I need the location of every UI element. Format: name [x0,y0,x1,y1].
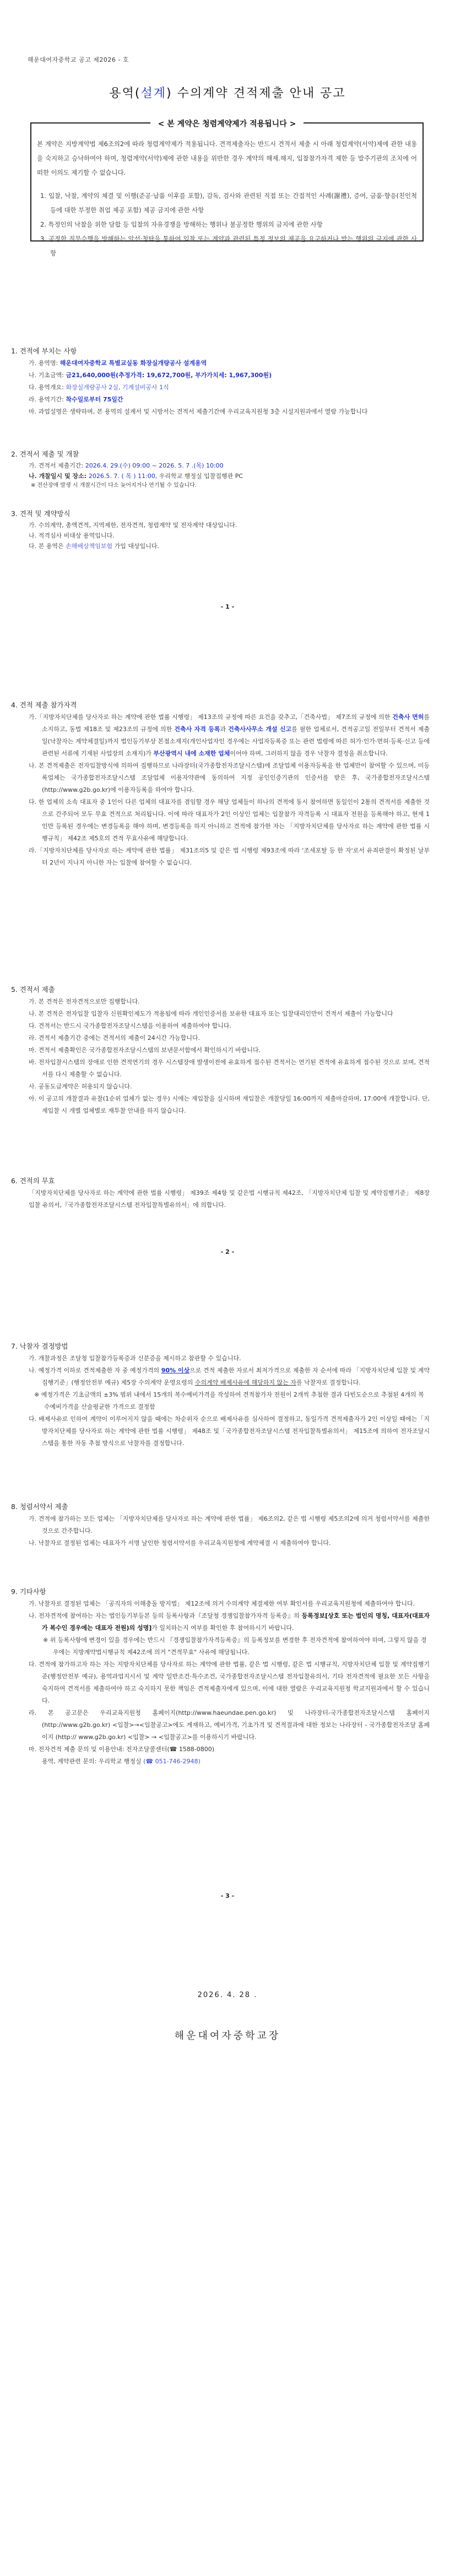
text: 나. 예정가격 이하로 견적제출한 자 중 예정가격의 [29,1367,161,1374]
misc-f: 용역, 계약관련 문의: 우리학교 행정실 (☎ 051-746-2948) [11,1756,430,1768]
value: 2026.4. 29.(수) 09:00 ~ 2026. 5. 7 .(목) 1… [85,462,224,469]
screening: 나. 적격심사 비대상 용역입니다. [11,530,430,541]
section-2: 2. 견적서 제출 및 개찰 가. 견적서 제출기간: 2026.4. 29.(… [11,448,430,490]
misc-e: 마. 전자견적 제출 문의 및 이용안내: 전자조달콜센터(☎ 1588-080… [11,1743,430,1756]
title-highlight: 설계 [140,87,166,100]
service-period: 라. 용역기간: 착수일로부터 75일간 [11,394,430,406]
qualification-b: 나. 본 견적제출은 전자입찰방식에 의하여 집행하므로 나라장터(국가종합전자… [11,760,430,796]
misc-b: 나. 전자견적에 참여하는 자는 법인등기부등본 등의 등록사항과『조달청 경쟁… [11,1610,430,1634]
page-number: - 1 - [0,603,455,610]
section-9: 9. 기타사항 가. 낙찰자로 결정된 업체는 「공직자의 이해충돌 방지법」 … [11,1586,430,1768]
section-1: 1. 견적에 부치는 사항 가. 용역명: 해운대여자중학교 특별교실동 화장실… [11,345,430,418]
estimated-price-note: ※ 예정가격은 기초금액의 ±3% 범위 내에서 15개의 복수예비가격을 작성… [11,1389,430,1413]
place: 우리학교 행정실 입찰집행관 PC [157,473,243,480]
issuer-signature: 해운대여자중학교장 [0,2028,455,2042]
highlight: 90% 이상 [161,1367,189,1374]
section-8: 8. 청렴서약서 제출 가. 견적에 참가하는 모든 업체는 「지방자치단체를 … [11,1501,430,1549]
contract-type: 가. 수의계약, 총액견적, 지역제한, 전자견적, 청렴계약 및 전자계약 대… [11,520,430,530]
text: 다. 본 용역은 [29,543,66,550]
page-title: 용역(설계) 수의계약 견적제출 안내 공고 [0,84,455,101]
outage-note: ※ 전산장애 발생 시 개찰시간이 다소 늦어지거나 연기될 수 있습니다. [11,481,430,490]
submission-item: 나. 본 견적은 전자입찰 입찰자 신원확인제도가 적용됨에 따라 개인인증서를… [11,1008,430,1020]
value: 화장실개량공사 2실, 기계설비공사 1식 [66,384,169,391]
section-heading: 1. 견적에 부치는 사항 [11,345,430,357]
value: 금21,640,000원(추정가격: 19,672,700원, 부가가치세: 1… [66,372,272,379]
label: 다. 용역개요: [29,384,66,391]
section-heading: 4. 견적 제출 참가자격 [11,699,430,711]
award-b: 나. 예정가격 이하로 견적제출한 자 중 예정가격의 90% 이상으로 견적 … [11,1365,430,1389]
task-note: 마. 과업설명은 생략하며, 본 용역의 설계서 및 시방서는 견적서 제출기간… [11,406,430,418]
submit-period: 가. 견적서 제출기간: 2026.4. 29.(수) 09:00 ~ 2026… [11,460,430,471]
misc-c: 다. 견적에 참가하고자 하는 자는 지방자치단체를 당사자로 하는 계약에 관… [11,1659,430,1707]
title-prefix: 용역( [109,87,140,100]
insurance: 다. 본 용역은 손해배상책임보험 가입 대상입니다. [11,541,430,551]
service-name: 가. 용역명: 해운대여자중학교 특별교실동 화장실개량공사 설계용역 [11,357,430,369]
submission-item: 바. 전자입찰시스템의 장애로 인한 견적연기의 경우 시스템장애 발생이전에 … [11,1056,430,1081]
value: 2026.5. 7. ( 목 ) 11:00, [89,473,157,480]
integrity-box: < 본 계약은 청렴계약제가 적용됩니다 > 본 계약은 지방계약법 제6조의2… [30,118,424,240]
section-3: 3. 견적 및 계약방식 가. 수의계약, 총액견적, 지역제한, 전자견적, … [11,508,430,551]
pledge-b: 나. 낙찰자로 결정된 업체는 대표자가 서명 날인한 청렴서약서를 우리교육지… [11,1537,430,1549]
integrity-item: 2. 특정인의 낙찰을 위한 담합 등 입찰의 자유경쟁을 방해하는 행위나 불… [40,217,417,232]
label: 라. 용역기간: [29,396,66,403]
underlined: 수의계약 배제사유에 해당하지 않는 자 [195,1379,296,1386]
submission-item: 사. 공동도급계약은 허용되지 않습니다. [11,1081,430,1093]
text: 나. 전자견적에 참여하는 자는 법인등기부등본 등의 등록사항과『조달청 경쟁… [29,1612,302,1619]
highlight: 건축사 자격 등록 [174,726,220,733]
award-a: 가. 개찰과정은 조달청 입찰참가등록증과 신분증을 제시하고 참관할 수 있습… [11,1353,430,1365]
integrity-box-legend: < 본 계약은 청렴계약제가 적용됩니다 > [30,118,424,129]
page-number: - 3 - [0,1892,455,1899]
integrity-items: 1. 입찰, 낙찰, 계약의 체결 및 이행(준공·납품 이후를 포함), 감독… [40,189,417,260]
submission-item: 라. 견적서 제출기간 중에는 견적서의 제출이 24시간 가능합니다. [11,1032,430,1044]
section-heading: 2. 견적서 제출 및 개찰 [11,448,430,460]
section-6: 6. 견적의 무효 「지방자치단체를 당사자로 하는 계약에 관한 법률 시행령… [11,1175,430,1211]
service-overview: 다. 용역개요: 화장실개량공사 2실, 기계설비공사 1식 [11,382,430,394]
misc-d: 라. 본 공고문은 우리교육지원청 홈페이지(http://www.haeund… [11,1707,430,1743]
issue-date: 2026. 4. 28 . [0,1991,455,1999]
highlight: 건축사 면허 [392,713,424,721]
award-c: 다. 배제사유로 인하여 계약이 이루어지지 않을 때에는 차순위자 순으로 배… [11,1413,430,1450]
base-amount: 나. 기초금액: 금21,640,000원(추정가격: 19,672,700원,… [11,369,430,382]
value: 착수일로부터 75일간 [66,396,123,403]
qualification-a: 가.「지방자치단체를 당사자로 하는 계약에 관한 법률 시행령」 제13조의 … [11,711,430,760]
document-number: 해운대여자중학교 공고 제2026 - 호 [28,55,129,64]
section-heading: 6. 견적의 무효 [11,1175,430,1187]
registration-note: ※ 위 등록사항에 변경이 있을 경우에는 반드시 『경쟁입찰참가자격등록증』의… [11,1634,430,1659]
section-4: 4. 견적 제출 참가자격 가.「지방자치단체를 당사자로 하는 계약에 관한 … [11,699,430,869]
qualification-c: 다. 한 업체의 소속 대표자 중 1인이 다른 업체의 대표자를 겸임할 경우… [11,796,430,845]
submission-item: 마. 견적서 제출확인은 국가종합전자조달시스템의 보낸문서함에서 확인하시기 … [11,1044,430,1056]
text: 가 일치하는지 여부를 확인한 후 참여하시기 바랍니다. [151,1624,294,1632]
section-heading: 5. 견적서 제출 [11,984,430,996]
page-number: - 2 - [0,1248,455,1255]
highlight: 손해배상책임보험 [66,543,112,550]
section-5: 5. 견적서 제출 가. 본 견적은 전자견적으로만 집행합니다. 나. 본 견… [11,984,430,1117]
label: 나. 기초금액: [29,372,66,379]
text: 를 낙찰자로 결정합니다. [296,1379,361,1386]
phone: (☎ 051-746-2948) [143,1758,201,1765]
text: 이어야 하며, 그러하지 않을 경우 낙찰자 결정을 취소합니다. [230,750,388,757]
integrity-intro: 본 계약은 지방계약법 제6조의2에 따라 청렴계약제가 적용됩니다. 견적제출… [37,137,417,180]
invalidity-text: 「지방자치단체를 당사자로 하는 계약에 관한 법률 시행령」 제39조 제4항… [11,1187,430,1211]
label: 가. 용역명: [29,359,60,367]
text: 가입 대상입니다. [112,543,159,550]
section-heading: 9. 기타사항 [11,1586,430,1598]
section-heading: 7. 낙찰자 결정방법 [11,1340,430,1353]
label: 나. 개찰일시 및 장소: [29,473,89,480]
highlight: 건축사사무소 개설 신고 [228,726,291,733]
integrity-item: 1. 입찰, 낙찰, 계약의 체결 및 이행(준공·납품 이후를 포함), 감독… [40,189,417,217]
title-suffix: ) 수의계약 견적제출 안내 공고 [166,87,346,100]
pledge-a: 가. 견적에 참가하는 모든 업체는 「지방자치단체를 당사자로 하는 계약에 … [11,1513,430,1537]
misc-a: 가. 낙찰자로 결정된 업체는 「공직자의 이해충돌 방지법」 제12조에 의거… [11,1598,430,1610]
label: 가. 견적서 제출기간: [29,462,85,469]
integrity-item: 3. 공정한 직무수행을 방해하는 알선·청탁을 통하여 입찰 또는 계약과 관… [40,232,417,260]
legend-text: < 본 계약은 청렴계약제가 적용됩니다 > [150,120,304,128]
submission-item: 가. 본 견적은 전자견적으로만 집행합니다. [11,996,430,1008]
submission-item: 아. 이 공고의 개찰결과 유찰(1순위 업체가 없는 경우) 시에는 재입찰을… [11,1093,430,1117]
text: 가.「지방자치단체를 당사자로 하는 계약에 관한 법률 시행령」 제13조의 … [29,713,392,721]
opening-datetime: 나. 개찰일시 및 장소: 2026.5. 7. ( 목 ) 11:00, 우리… [11,471,430,481]
text: 용역, 계약관련 문의: 우리학교 행정실 [42,1758,143,1765]
section-heading: 8. 청렴서약서 제출 [11,1501,430,1513]
submission-item: 다. 견적서는 반드시 국가종합전자조달시스템을 이용하여 제출하여야 합니다. [11,1020,430,1032]
section-heading: 3. 견적 및 계약방식 [11,508,430,520]
text: 과 [220,726,229,733]
highlight: 부산광역시 내에 소재한 업체 [153,750,230,757]
section-7: 7. 낙찰자 결정방법 가. 개찰과정은 조달청 입찰참가등록증과 신분증을 제… [11,1340,430,1450]
value: 해운대여자중학교 특별교실동 화장실개량공사 설계용역 [60,359,207,367]
qualification-d: 라.「지방자치단체를 당사자로 하는 계약에 관한 법률」 제31조의5 및 같… [11,845,430,869]
